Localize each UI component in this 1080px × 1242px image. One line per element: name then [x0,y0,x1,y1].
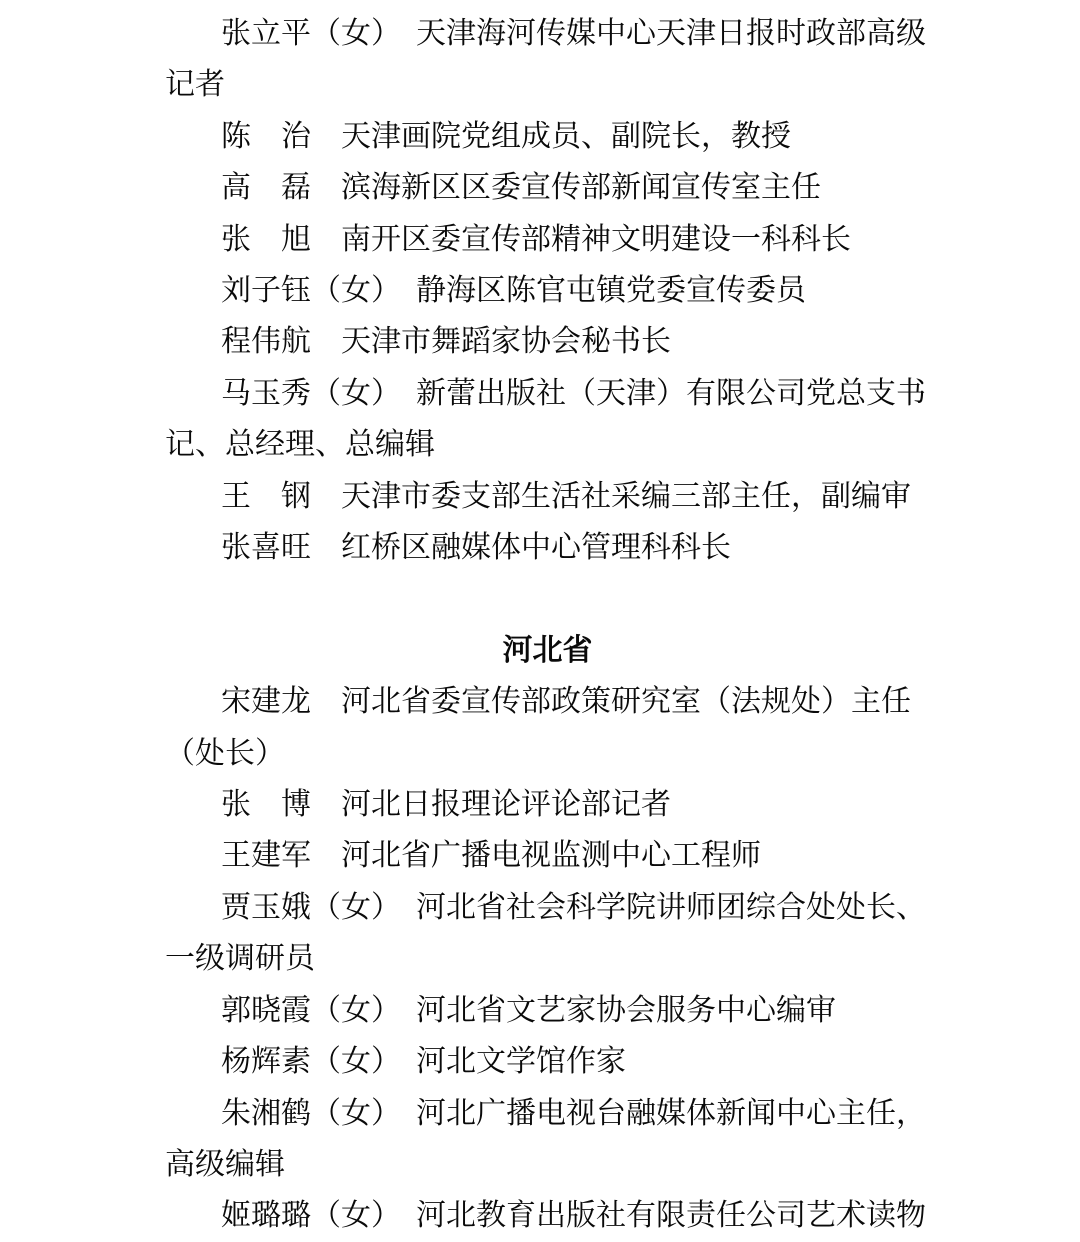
person-title: 南开区委宣传部精神文明建设一科科长 [341,223,851,256]
roster-entry: 程伟航 天津市舞蹈家协会秘书长 [165,316,945,367]
award-roster-document: 张立平（女） 天津海河传媒中心天津日报时政部高级记者陈 治 天津画院党组成员、副… [165,8,945,1242]
person-name: 王建军 [221,839,311,872]
person-title: 天津市委支部生活社采编三部主任，副编审 [341,480,911,513]
roster-entry: 张立平（女） 天津海河传媒中心天津日报时政部高级记者 [165,8,945,111]
person-name: 贾玉娥（女） [221,891,386,924]
roster-entry: 张 博 河北日报理论评论部记者 [165,779,945,830]
roster-entry: 张 旭 南开区委宣传部精神文明建设一科科长 [165,214,945,265]
person-name: 郭晓霞（女） [221,994,386,1027]
person-title: 天津画院党组成员、副院长，教授 [341,120,791,153]
person-name: 张 旭 [221,223,311,256]
roster-entry: 杨辉素（女） 河北文学馆作家 [165,1036,945,1087]
roster-entry: 朱湘鹤（女） 河北广播电视台融媒体新闻中心主任，高级编辑 [165,1088,945,1191]
person-title: 静海区陈官屯镇党委宣传委员 [416,274,806,307]
person-name: 王 钢 [221,480,311,513]
person-title: 红桥区融媒体中心管理科科长 [341,531,731,564]
roster-entry: 高 磊 滨海新区区委宣传部新闻宣传室主任 [165,162,945,213]
roster-entry: 刘子钰（女） 静海区陈官屯镇党委宣传委员 [165,265,945,316]
person-name: 张 博 [221,788,311,821]
person-name: 张喜旺 [221,531,311,564]
person-name: 程伟航 [221,325,311,358]
person-title: 天津市舞蹈家协会秘书长 [341,325,671,358]
person-title: 滨海新区区委宣传部新闻宣传室主任 [341,171,821,204]
person-title: 河北文学馆作家 [416,1045,626,1078]
roster-entry: 王 钢 天津市委支部生活社采编三部主任，副编审 [165,471,945,522]
person-title: 河北日报理论评论部记者 [341,788,671,821]
person-name: 高 磊 [221,171,311,204]
roster-entry: 张喜旺 红桥区融媒体中心管理科科长 [165,522,945,573]
roster-entry: 姬璐璐（女） 河北教育出版社有限责任公司艺术读物 [165,1190,945,1241]
person-name: 张立平（女） [221,17,386,50]
section-header: 河北省 [150,625,945,676]
roster-entry: 陈 治 天津画院党组成员、副院长，教授 [165,111,945,162]
person-title: 河北省广播电视监测中心工程师 [341,839,761,872]
roster-entry: 贾玉娥（女） 河北省社会科学院讲师团综合处处长、一级调研员 [165,882,945,985]
person-title: 河北省文艺家协会服务中心编审 [416,994,836,1027]
roster-entry: 宋建龙 河北省委宣传部政策研究室（法规处）主任（处长） [165,676,945,779]
page: { "page": { "background": "#ffffff", "te… [0,0,1080,1242]
person-title: 河北教育出版社有限责任公司艺术读物 [416,1199,926,1232]
person-name: 杨辉素（女） [221,1045,386,1078]
roster-entry: 郭晓霞（女） 河北省文艺家协会服务中心编审 [165,985,945,1036]
person-name: 姬璐璐（女） [221,1199,386,1232]
person-name: 刘子钰（女） [221,274,386,307]
person-name: 宋建龙 [221,685,311,718]
person-name: 马玉秀（女） [221,377,386,410]
person-name: 陈 治 [221,120,311,153]
roster-entry: 王建军 河北省广播电视监测中心工程师 [165,830,945,881]
person-name: 朱湘鹤（女） [221,1097,386,1130]
roster-entry: 马玉秀（女） 新蕾出版社（天津）有限公司党总支书记、总经理、总编辑 [165,368,945,471]
